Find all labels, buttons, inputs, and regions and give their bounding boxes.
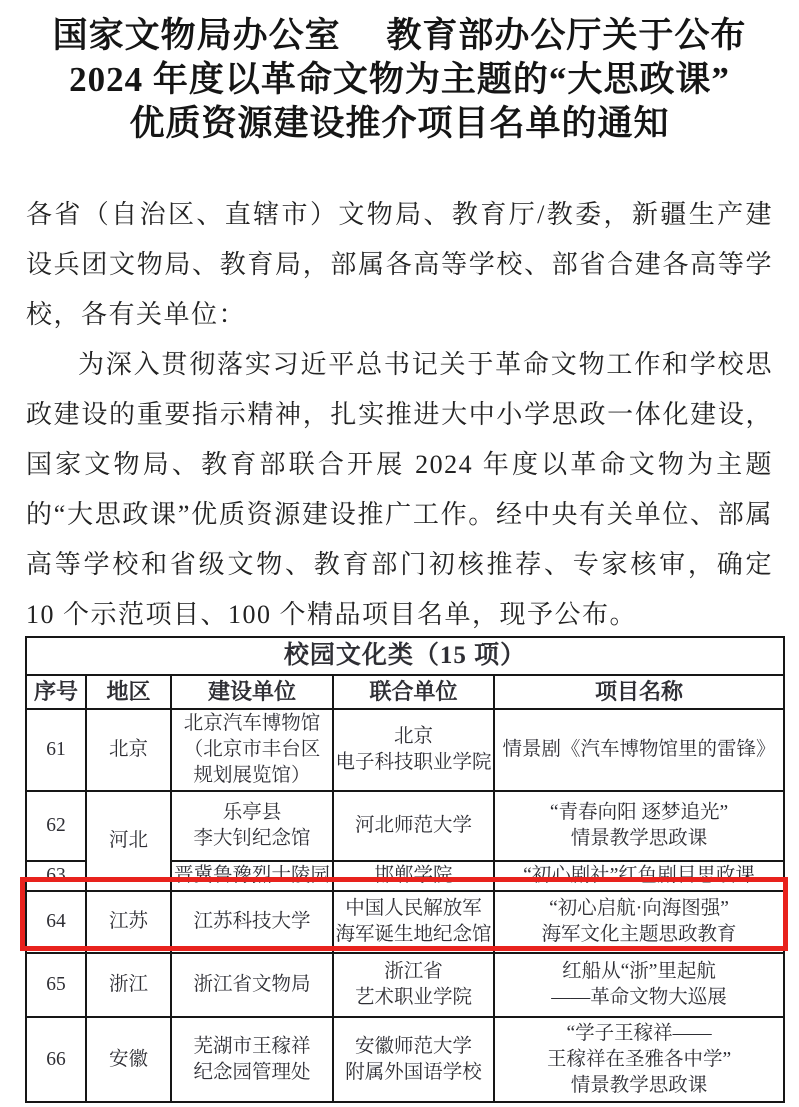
cell-builder: 乐亭县 李大钊纪念馆 — [171, 791, 333, 861]
cell-builder: 江苏科技大学 — [171, 891, 333, 953]
cell-region: 浙江 — [86, 953, 171, 1017]
cell-seq: 66 — [26, 1017, 86, 1102]
cell-builder: 芜湖市王稼祥 纪念园管理处 — [171, 1017, 333, 1102]
cell-project: 红船从“浙”里起航 ——革命文物大巡展 — [494, 953, 784, 1017]
cell-seq: 65 — [26, 953, 86, 1017]
title-line-3: 优质资源建设推介项目名单的通知 — [18, 102, 781, 146]
project-table: 校园文化类（15 项） 序号 地区 建设单位 联合单位 项目名称 61 北京 北… — [25, 636, 785, 1103]
col-header-region: 地区 — [86, 675, 171, 709]
title-line-1: 国家文物局办公室 教育部办公厅关于公布 — [18, 14, 781, 58]
cell-builder: 晋冀鲁豫烈士陵园 — [171, 861, 333, 891]
cell-region: 江苏 — [86, 891, 171, 953]
col-header-seq: 序号 — [26, 675, 86, 709]
table-header-row: 序号 地区 建设单位 联合单位 项目名称 — [26, 675, 784, 709]
body-paragraph: 为深入贯彻落实习近平总书记关于革命文物工作和学校思政建设的重要指示精神，扎实推进… — [26, 340, 773, 640]
cell-builder: 北京汽车博物馆 （北京市丰台区 规划展览馆） — [171, 709, 333, 791]
table-row-65: 65 浙江 浙江省文物局 浙江省 艺术职业学院 红船从“浙”里起航 ——革命文物… — [26, 953, 784, 1017]
recipients-paragraph: 各省（自治区、直辖市）文物局、教育厅/教委，新疆生产建设兵团文物局、教育局，部属… — [26, 190, 773, 340]
cell-partner: 浙江省 艺术职业学院 — [333, 953, 494, 1017]
title-line-2: 2024 年度以革命文物为主题的“大思政课” — [18, 58, 781, 102]
cell-project: “初心启航·向海图强” 海军文化主题思政教育 — [494, 891, 784, 953]
table-row-64-highlighted: 64 江苏 江苏科技大学 中国人民解放军 海军诞生地纪念馆 “初心启航·向海图强… — [26, 891, 784, 953]
cell-partner: 中国人民解放军 海军诞生地纪念馆 — [333, 891, 494, 953]
cell-seq: 61 — [26, 709, 86, 791]
cell-project: 情景剧《汽车博物馆里的雷锋》 — [494, 709, 784, 791]
cell-project: “青春向阳 逐梦追光” 情景教学思政课 — [494, 791, 784, 861]
cell-partner: 邯郸学院 — [333, 861, 494, 891]
project-table-section: 校园文化类（15 项） 序号 地区 建设单位 联合单位 项目名称 61 北京 北… — [25, 636, 783, 1103]
cell-seq: 62 — [26, 791, 86, 861]
table-title-row: 校园文化类（15 项） — [26, 637, 784, 675]
cell-region: 安徽 — [86, 1017, 171, 1102]
table-title: 校园文化类（15 项） — [26, 637, 784, 675]
cell-partner: 河北师范大学 — [333, 791, 494, 861]
cell-builder: 浙江省文物局 — [171, 953, 333, 1017]
cell-partner: 安徽师范大学 附属外国语学校 — [333, 1017, 494, 1102]
table-row-66: 66 安徽 芜湖市王稼祥 纪念园管理处 安徽师范大学 附属外国语学校 “学子王稼… — [26, 1017, 784, 1102]
cell-seq: 63 — [26, 861, 86, 891]
cell-region-merged: 河北 — [86, 791, 171, 891]
cell-seq: 64 — [26, 891, 86, 953]
document-title: 国家文物局办公室 教育部办公厅关于公布 2024 年度以革命文物为主题的“大思政… — [18, 14, 781, 146]
cell-project: “学子王稼祥—— 王稼祥在圣雅各中学” 情景教学思政课 — [494, 1017, 784, 1102]
col-header-project: 项目名称 — [494, 675, 784, 709]
table-row-61: 61 北京 北京汽车博物馆 （北京市丰台区 规划展览馆） 北京 电子科技职业学院… — [26, 709, 784, 791]
table-row-62: 62 河北 乐亭县 李大钊纪念馆 河北师范大学 “青春向阳 逐梦追光” 情景教学… — [26, 791, 784, 861]
col-header-partner: 联合单位 — [333, 675, 494, 709]
document-page: 国家文物局办公室 教育部办公厅关于公布 2024 年度以革命文物为主题的“大思政… — [0, 0, 799, 1107]
col-header-builder: 建设单位 — [171, 675, 333, 709]
cell-region: 北京 — [86, 709, 171, 791]
cell-partner: 北京 电子科技职业学院 — [333, 709, 494, 791]
cell-project: “初心剧社”红色剧目思政课 — [494, 861, 784, 891]
